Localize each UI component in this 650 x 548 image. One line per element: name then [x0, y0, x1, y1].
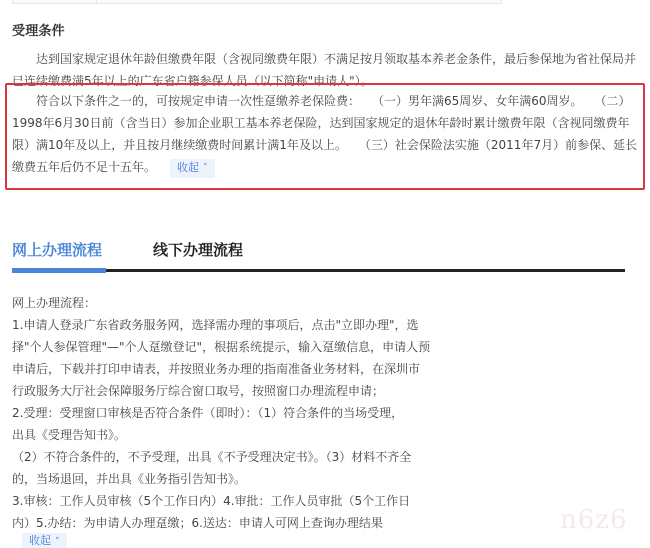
- process-line: 2.受理：受理窗口审核是否符合条件（即时）：（1）符合条件的当场受理，: [12, 402, 452, 424]
- section-title: 受理条件: [12, 20, 65, 39]
- process-line: 申请后，下载并打印申请表，并按照业务办理的指南准备业务材料，在深圳市: [12, 358, 452, 380]
- process-line: 择"个人参保管理"—"个人趸缴登记"，根据系统提示，输入趸缴信息，申请人预: [12, 336, 452, 358]
- chevron-up-icon: ˄: [203, 159, 208, 177]
- process-line: （2）不符合条件的，不予受理，出具《不予受理决定书》。（3）材料不齐全: [12, 446, 452, 468]
- process-line: 1.申请人登录广东省政务服务网，选择需办理的事项后，点击"立即办理"，选: [12, 314, 452, 336]
- process-line: 3.审核：工作人员审核（5个工作日内）4.审批：工作人员审批（5个工作日: [12, 490, 452, 512]
- conditions-list: 符合以下条件之一的，可按规定申请一次性趸缴养老保险费： （一）男年满65周岁、女…: [12, 90, 640, 178]
- table-cell-divider: [96, 0, 97, 3]
- tab-online-process[interactable]: 网上办理流程: [12, 238, 102, 262]
- collapse-label: 收起: [29, 534, 51, 547]
- process-tabs: 网上办理流程 线下办理流程: [12, 238, 625, 274]
- process-collapse-button[interactable]: 收起˄: [22, 533, 67, 548]
- process-line: 网上办理流程：: [12, 292, 452, 314]
- collapse-button[interactable]: 收起˄: [170, 159, 215, 178]
- conditions-text: 符合以下条件之一的，可按规定申请一次性趸缴养老保险费： （一）男年满65周岁、女…: [12, 94, 637, 174]
- process-line: 的，当场退回，并出具《业务指引告知书》。: [12, 468, 452, 490]
- tab-offline-process[interactable]: 线下办理流程: [153, 238, 243, 262]
- watermark: n6z6: [560, 505, 628, 535]
- process-line: 出具《受理告知书》。: [12, 424, 452, 446]
- chevron-up-icon: ˄: [55, 534, 60, 548]
- process-line: 内）5.办结：为申请人办理趸缴；6.送达：申请人可网上查询办理结果: [12, 512, 452, 534]
- process-content: 网上办理流程： 1.申请人登录广东省政务服务网，选择需办理的事项后，点击"立即办…: [12, 292, 452, 534]
- process-line: 行政服务大厅社会保障服务厅综合窗口取号，按照窗口办理流程申请；: [12, 380, 452, 402]
- collapse-label: 收起: [177, 161, 199, 174]
- active-tab-indicator: [12, 268, 106, 273]
- table-bottom-edge: [12, 0, 502, 4]
